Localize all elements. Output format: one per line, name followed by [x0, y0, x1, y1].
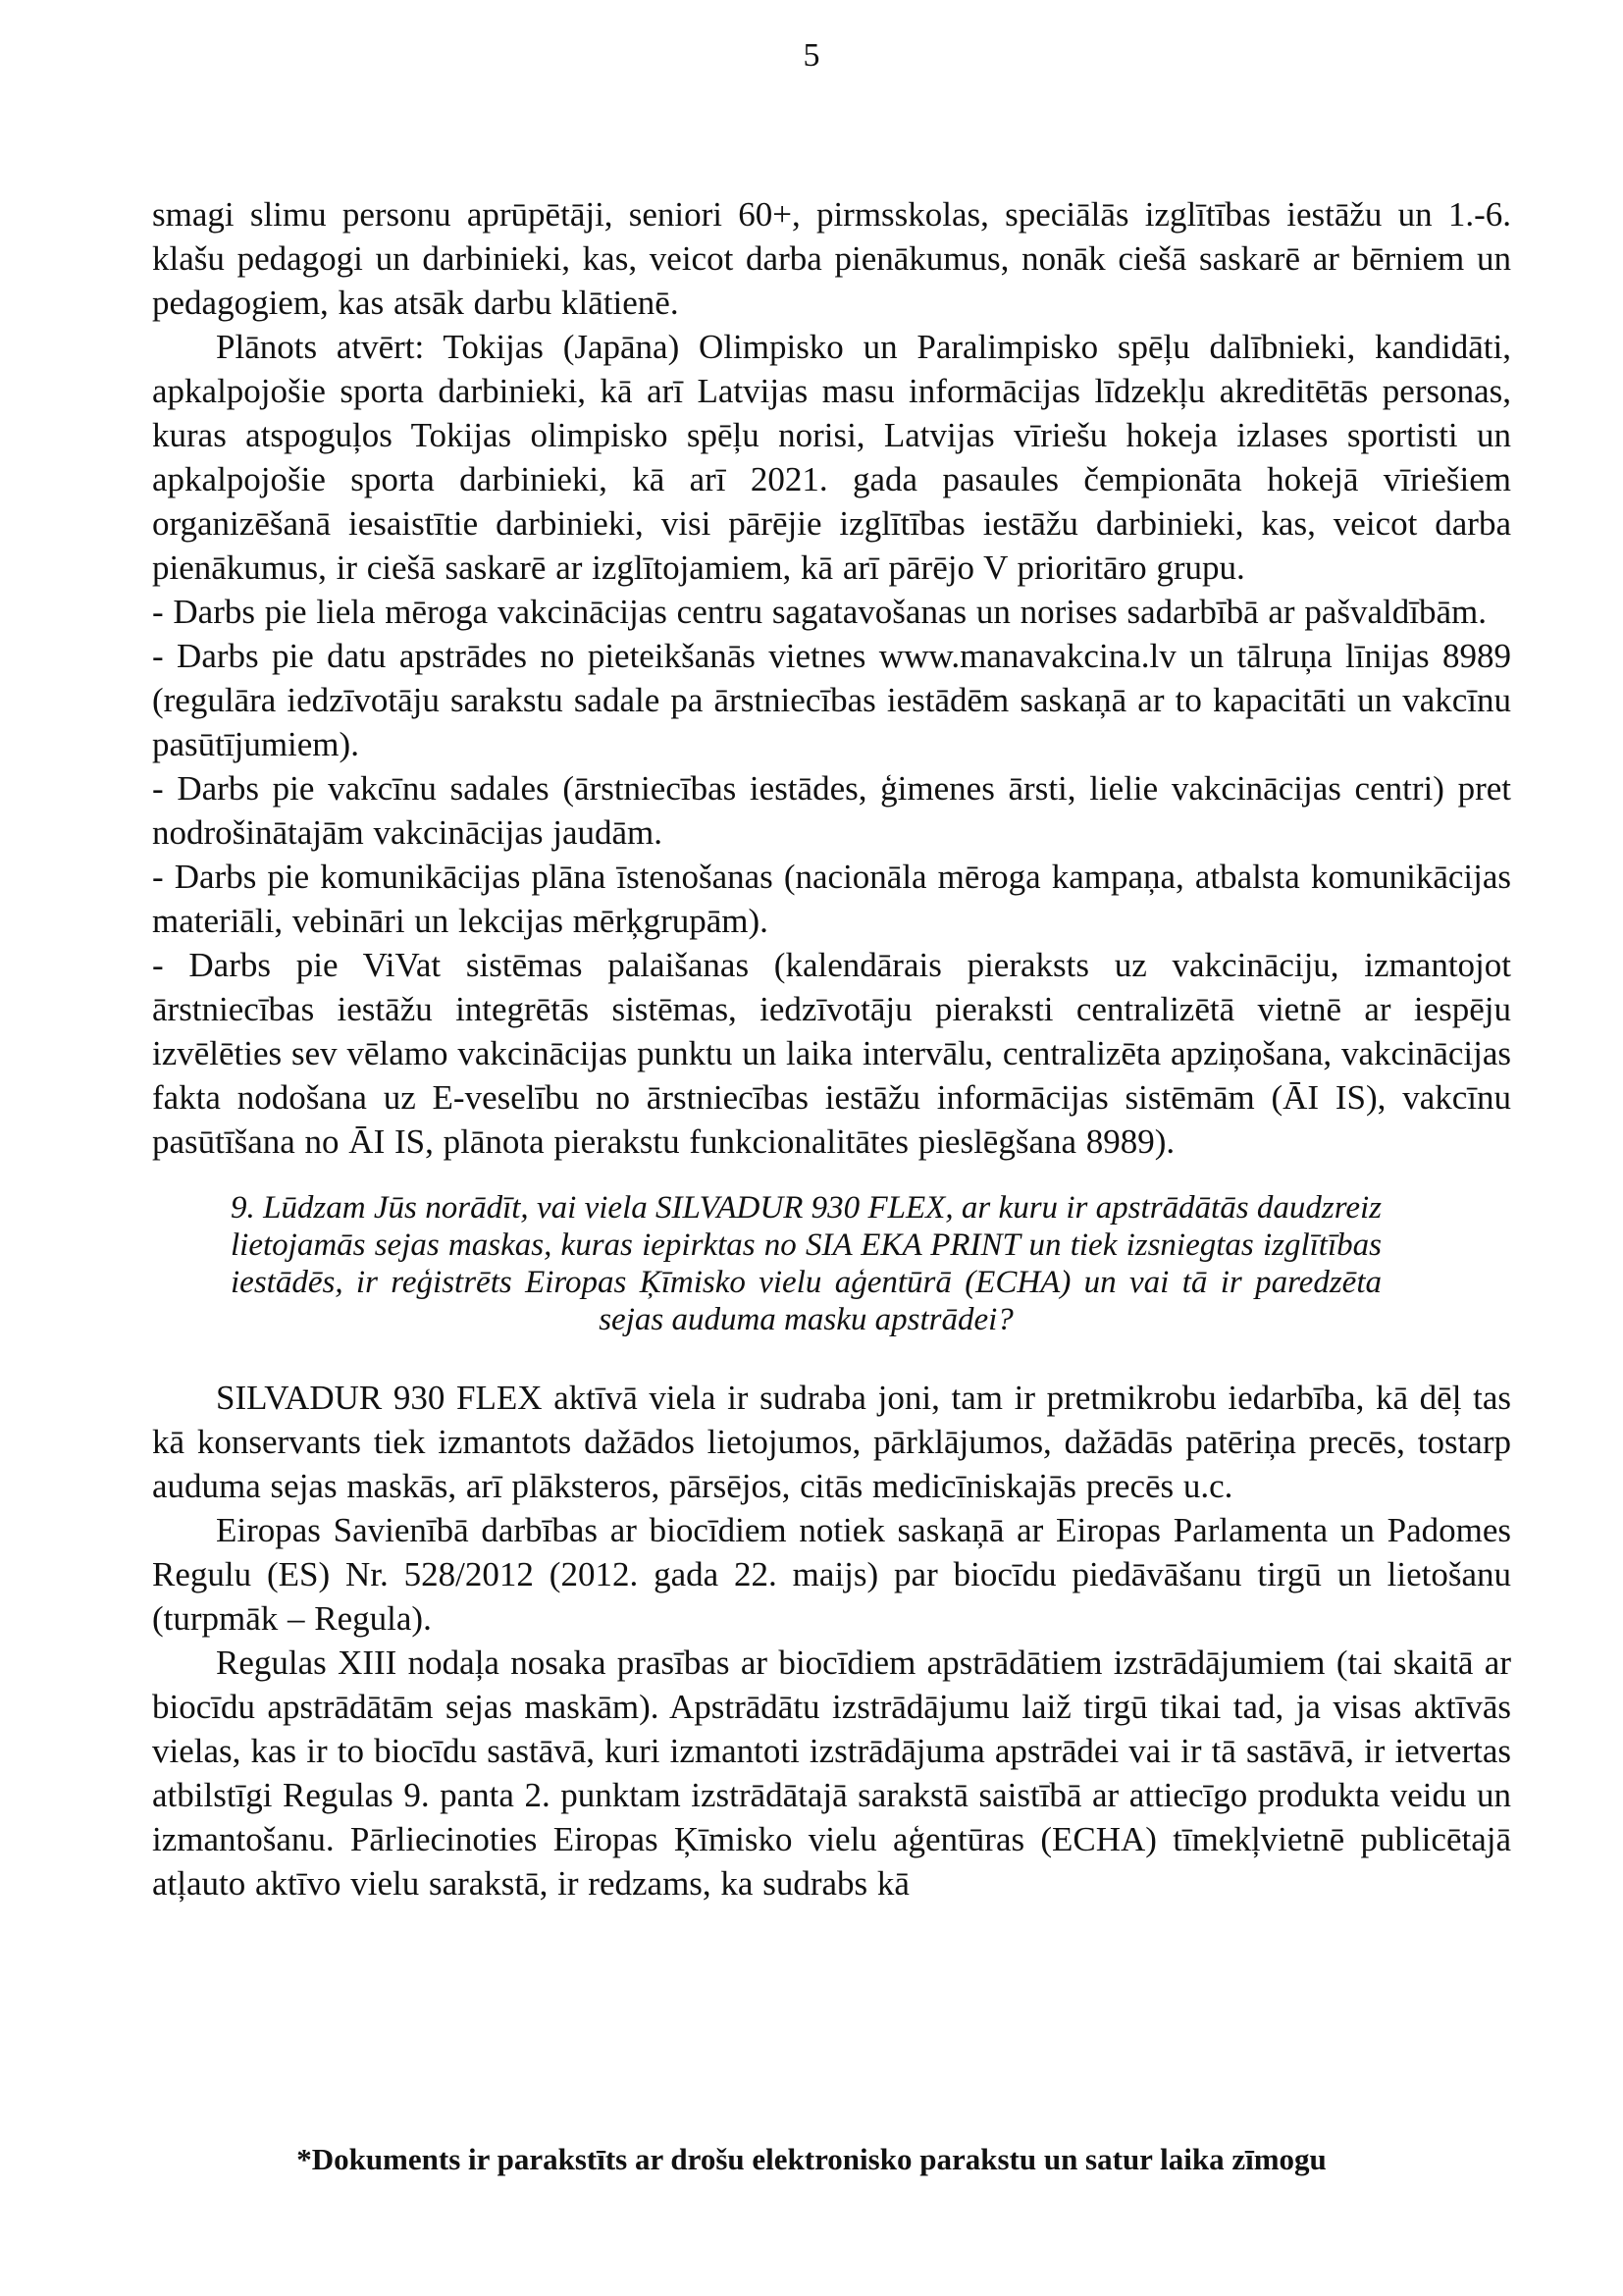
list-item-vivat-system: - Darbs pie ViVat sistēmas palaišanas (k… — [152, 943, 1511, 1164]
answer-paragraph-regulation-chapter-13: Regulas XIII nodaļa nosaka prasības ar b… — [152, 1641, 1511, 1905]
document-page: 5 smagi slimu personu aprūpētāji, senior… — [0, 0, 1623, 2296]
document-body: smagi slimu personu aprūpētāji, seniori … — [152, 192, 1511, 1905]
list-item-data-processing: - Darbs pie datu apstrādes no pieteikšan… — [152, 634, 1511, 766]
answer-section: SILVADUR 930 FLEX aktīvā viela ir sudrab… — [152, 1376, 1511, 1905]
answer-paragraph-silvadur-active-substance: SILVADUR 930 FLEX aktīvā viela ir sudrab… — [152, 1376, 1511, 1508]
answer-paragraph-eu-biocides-regulation: Eiropas Savienībā darbības ar biocīdiem … — [152, 1508, 1511, 1641]
question-9-silvadur: 9. Lūdzam Jūs norādīt, vai viela SILVADU… — [231, 1189, 1382, 1338]
page-number: 5 — [0, 37, 1623, 75]
signature-footnote: *Dokuments ir parakstīts ar drošu elektr… — [0, 2142, 1623, 2177]
list-item-vaccination-centres: - Darbs pie liela mēroga vakcinācijas ce… — [152, 590, 1511, 634]
list-item-vaccine-distribution: - Darbs pie vakcīnu sadales (ārstniecība… — [152, 766, 1511, 855]
paragraph-planned-openings: Plānots atvērt: Tokijas (Japāna) Olimpis… — [152, 325, 1511, 590]
paragraph-priority-groups: smagi slimu personu aprūpētāji, seniori … — [152, 192, 1511, 325]
list-item-communication-plan: - Darbs pie komunikācijas plāna īstenoša… — [152, 855, 1511, 943]
